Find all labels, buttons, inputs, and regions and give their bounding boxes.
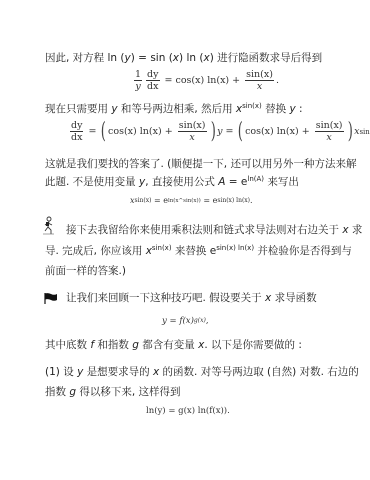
paragraph-answer-line2: 此题. 不是使用变量 y, 直接使用公式 A = eln(A) 来写出 [45,175,299,189]
text: 求 [349,224,363,236]
paragraph-base-exponent: 其中底数 f 和指数 g 都含有变量 x. 以下是你需要做的 : [45,338,302,352]
text: 因此, 对方程 ln ( [45,52,125,64]
text: = e [225,176,247,188]
exponent: ln(A) [247,175,264,183]
paragraph-implicit-diff: 因此, 对方程 ln (y) = sin (x) ln (x) 进行隐函数求导后… [45,51,322,65]
denominator: dx [70,132,83,143]
fraction: sin(x)x [178,120,207,143]
eq-text: ln(y) = g(x) ln(f(x)). [146,406,230,416]
text: 前面一样的答案.) [45,265,126,277]
var-g: g [69,386,76,398]
eq-text: . [250,196,253,205]
exponent: sin(x) [152,244,172,252]
var-g: g [132,339,139,351]
eq-text: cos(x) ln(x) + [245,126,313,137]
denominator: y [134,81,141,92]
eq-text: , [206,316,209,326]
text: 导. 完成后, 你应该用 [45,245,146,257]
fraction: dydx [70,120,83,143]
eq-text: = e [201,196,218,205]
denominator: dx [146,81,159,92]
text: 都含有变量 [139,339,198,351]
denominator: x [325,132,332,143]
equation-3: xsin(x) = eln(x^sin(x)) = esin(x) ln(x) … [130,196,253,205]
text: 现在只需要用 [45,103,111,115]
eq-text: y = f(x) [162,316,194,326]
equation-1: 1y dydx = cos(x) ln(x) + sin(x)x . [132,69,279,92]
text: 让我们来回顾一下这种技巧吧. 假设要关于 [66,292,265,304]
text: 是想要求导的 [83,366,153,378]
text: 并检验你是否得到与 [254,245,352,257]
text: 来写出 [264,176,299,188]
text: 替换 [262,103,290,115]
numerator: sin(x) [245,69,274,81]
paragraph-multiply: 现在只需要用 y 和等号两边相乘, 然后用 xsin(x) 替换 y : [45,102,303,116]
text: 求导函数 [271,292,316,304]
paragraph-step1-line1: (1) 设 y 是想要求导的 x 的函数. 对等号两边取 (自然) 对数. 右边… [45,365,359,379]
text: ) 进行隐函数求导后得到 [210,52,322,64]
equation-4: y = f(x)g(x), [162,316,209,326]
numerator: sin(x) [315,120,344,132]
text: 的函数. 对等号两边取 (自然) 对数. 右边的 [159,366,359,378]
right-paren: ) [210,121,215,143]
eq-text: = e [151,196,168,205]
left-paren: ( [238,121,243,143]
text: 来替换 e [172,245,217,257]
right-paren: ) [347,121,352,143]
flag-icon [44,290,58,303]
exponent: sin(x) [242,102,262,110]
numerator: 1 [134,69,142,81]
fraction: sin(x)x [245,69,274,92]
text: . 以下是你需要做的 : [204,339,302,351]
text: 和指数 [94,339,132,351]
text: 指数 [45,386,69,398]
eq-text: = [85,126,99,137]
text: 这就是我们要找的答案了. (顺便提一下, 还可以用另外一种方法来解 [45,158,356,170]
fraction: 1y [134,69,142,92]
text: , 直接使用公式 [145,176,218,188]
paragraph-exercise-line3: 前面一样的答案.) [45,264,126,278]
eq-text: cos(x) ln(x) + [108,126,176,137]
paragraph-review: 让我们来回顾一下这种技巧吧. 假设要关于 x 求导函数 [66,291,317,305]
eq-text: = cos(x) ln(x) + [162,75,244,86]
hiker-icon [42,216,56,236]
numerator: sin(x) [178,120,207,132]
eq-text: . [276,75,279,86]
equation-2: dydx = ( cos(x) ln(x) + sin(x)x ) y = ( … [68,120,370,143]
var-x: x [130,196,135,205]
text: : [296,103,303,115]
text: 此题. 不是使用变量 [45,176,139,188]
text: ) ln ( [179,52,203,64]
exponent: sin(x) ln(x) [216,244,254,252]
text: 接下去我留给你来使用乘积法则和链式求导法则对右边关于 [66,224,342,236]
denominator: x [188,132,195,143]
eq-text: = [222,126,236,137]
numerator: dy [70,120,83,132]
paragraph-answer-line1: 这就是我们要找的答案了. (顺便提一下, 还可以用另外一种方法来解 [45,157,356,171]
text: ) = sin ( [131,52,173,64]
fraction: sin(x)x [315,120,344,143]
text: 得以移下来, 这样得到 [76,386,181,398]
text: 和等号两边相乘, 然后用 [118,103,236,115]
fraction: dydx [146,69,159,92]
paragraph-step1-line2: 指数 g 得以移下来, 这样得到 [45,385,181,399]
denominator: x [256,81,263,92]
text: 其中底数 [45,339,90,351]
text: (1) 设 [45,366,77,378]
left-paren: ( [101,121,106,143]
numerator: dy [146,69,159,81]
paragraph-exercise-line2: 导. 完成后, 你应该用 xsin(x) 来替换 esin(x) ln(x) 并… [45,244,352,258]
equation-5: ln(y) = g(x) ln(f(x)). [146,406,230,416]
paragraph-exercise-line1: 接下去我留给你来使用乘积法则和链式求导法则对右边关于 x 求 [66,223,362,237]
